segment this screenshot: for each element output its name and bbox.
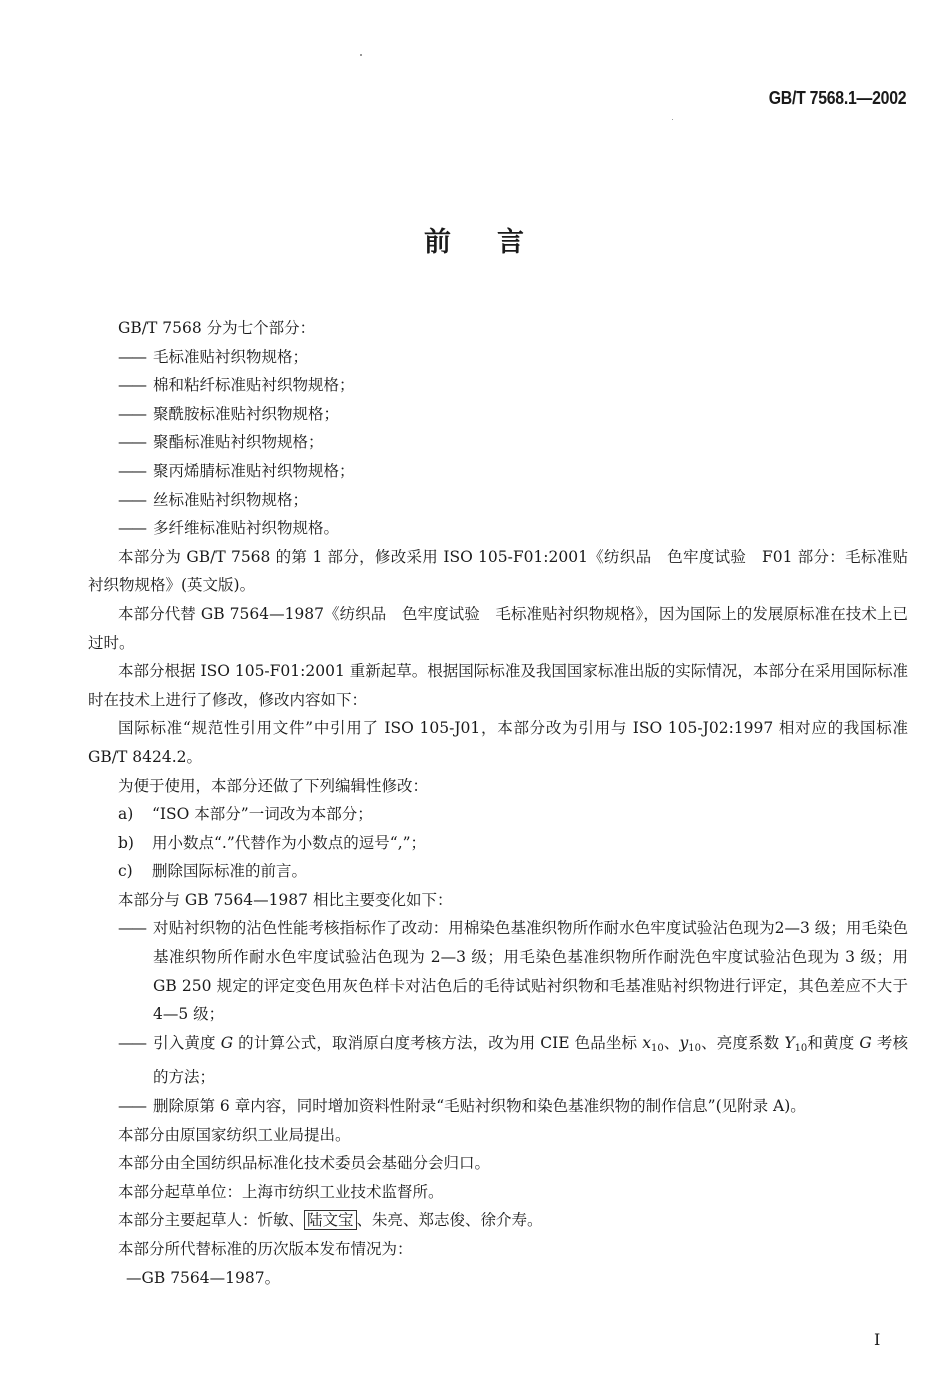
dash-marker: ——: [118, 486, 153, 515]
title-char: 言: [497, 227, 526, 258]
paragraph-editorial-intro: 为便于使用，本部分还做了下列编辑性修改：: [88, 772, 908, 801]
paragraph-redrafting: 本部分根据 ISO 105-F01:2001 重新起草。根据国际标准及我国国家标…: [88, 657, 908, 714]
scan-speck: [360, 54, 362, 56]
editorial-changes-list: a)“ISO 本部分”一词改为本部分； b)用小数点“.”代替作为小数点的逗号“…: [88, 800, 908, 886]
list-item: ——棉和粘纤标准贴衬织物规格；: [88, 371, 908, 400]
dash-marker: ——: [118, 457, 153, 486]
dash-marker: ——: [118, 1029, 153, 1058]
parts-list: ——毛标准贴衬织物规格； ——棉和粘纤标准贴衬织物规格； ——聚酰胺标准贴衬织物…: [88, 343, 908, 543]
list-item: ——多纤维标准贴衬织物规格。: [88, 514, 908, 543]
list-marker: b): [118, 829, 152, 858]
dash-marker: ——: [118, 514, 153, 543]
paragraph-history-intro: 本部分所代替标准的历次版本发布情况为：: [88, 1235, 908, 1264]
list-item: a)“ISO 本部分”一词改为本部分；: [88, 800, 908, 829]
paragraph-changes-intro: 本部分与 GB 7564—1987 相比主要变化如下：: [88, 886, 908, 915]
list-item: ——聚酰胺标准贴衬织物规格；: [88, 400, 908, 429]
intro-paragraph: GB/T 7568 分为七个部分：: [88, 314, 908, 343]
dash-marker: ——: [118, 914, 153, 943]
document-body: GB/T 7568 分为七个部分： ——毛标准贴衬织物规格； ——棉和粘纤标准贴…: [88, 314, 908, 1292]
list-item: ——对贴衬织物的沾色性能考核指标作了改动：用棉染色基准织物所作耐水色牢度试验沾色…: [88, 914, 908, 1028]
paragraph-replacement: 本部分代替 GB 7564—1987《纺织品 色牢度试验 毛标准贴衬织物规格》，…: [88, 600, 908, 657]
page-title: 前言: [0, 220, 950, 259]
dash-marker: ——: [118, 1092, 153, 1121]
history-item: —GB 7564—1987。: [88, 1264, 908, 1293]
list-marker: a): [118, 800, 152, 829]
paragraph-proposed-by: 本部分由原国家纺织工业局提出。: [88, 1121, 908, 1150]
list-item: ——聚丙烯腈标准贴衬织物规格；: [88, 457, 908, 486]
title-char: 前: [424, 227, 453, 258]
dash-marker: ——: [118, 428, 153, 457]
list-item: ——聚酯标准贴衬织物规格；: [88, 428, 908, 457]
highlighted-drafter-name: 陆文宝: [304, 1210, 357, 1230]
paragraph-normative-reference: 国际标准“规范性引用文件”中引用了 ISO 105-J01，本部分改为引用与 I…: [88, 714, 908, 771]
list-item: b)用小数点“.”代替作为小数点的逗号“,”；: [88, 829, 908, 858]
paragraph-centralized-by: 本部分由全国纺织品标准化技术委员会基础分会归口。: [88, 1149, 908, 1178]
list-item: ——丝标准贴衬织物规格；: [88, 486, 908, 515]
standard-code-header: GB/T 7568.1—2002: [768, 88, 906, 109]
page-number: I: [874, 1330, 880, 1349]
changes-list: ——对贴衬织物的沾色性能考核指标作了改动：用棉染色基准织物所作耐水色牢度试验沾色…: [88, 914, 908, 1120]
dash-marker: ——: [118, 371, 153, 400]
paragraph-adoption: 本部分为 GB/T 7568 的第 1 部分，修改采用 ISO 105-F01:…: [88, 543, 908, 600]
scan-speck: [672, 119, 673, 120]
paragraph-drafters: 本部分主要起草人：忻敏、陆文宝、朱亮、郑志俊、徐介寿。: [88, 1206, 908, 1235]
list-item: ——毛标准贴衬织物规格；: [88, 343, 908, 372]
dash-marker: ——: [118, 343, 153, 372]
list-item: ——删除原第 6 章内容，同时增加资料性附录“毛贴衬织物和染色基准织物的制作信息…: [88, 1092, 908, 1121]
paragraph-drafting-unit: 本部分起草单位：上海市纺织工业技术监督所。: [88, 1178, 908, 1207]
list-item: c)删除国际标准的前言。: [88, 857, 908, 886]
list-marker: c): [118, 857, 152, 886]
dash-marker: ——: [118, 400, 153, 429]
list-item: ——引入黄度 G 的计算公式，取消原白度考核方法，改为用 CIE 色品坐标 x1…: [88, 1029, 908, 1092]
